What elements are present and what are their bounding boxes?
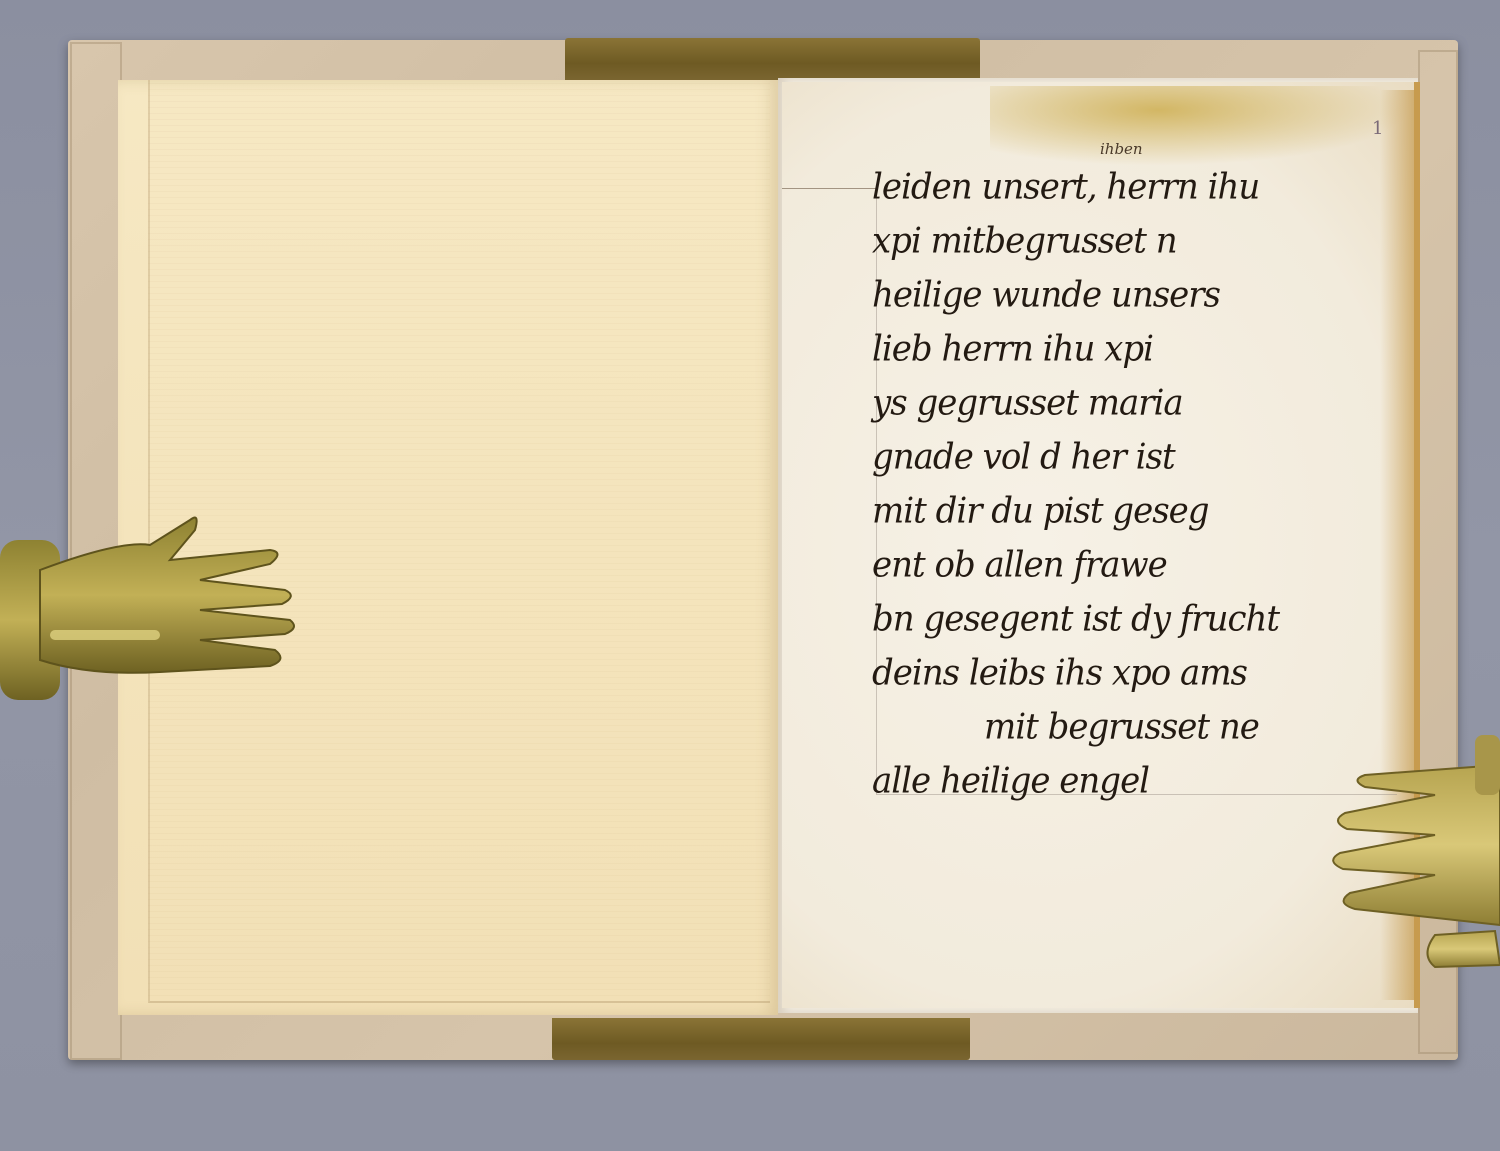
spine-strap-bottom [552, 1018, 970, 1060]
text-line: lieb herrn ihu xpi [872, 321, 1412, 378]
manuscript-text: leiden unsert, herrn ihu xpi mitbegrusse… [872, 160, 1412, 808]
text-line: gnade vol d her ist [872, 429, 1412, 486]
text-line: leiden unsert, herrn ihu [872, 159, 1412, 216]
left-hand-clamp-icon [0, 500, 300, 710]
spine-strap-top [565, 38, 980, 80]
text-line: mit dir du pist geseg [872, 483, 1412, 540]
text-line: ys gegrusset maria [872, 375, 1412, 432]
ruling-line [782, 188, 876, 189]
text-line: bn gesegent ist dy frucht [872, 591, 1412, 648]
right-hand-clamp-icon [1325, 735, 1500, 985]
water-stain [990, 86, 1410, 166]
text-line: heilige wunde unsers [872, 267, 1412, 324]
folio-number: 1 [1372, 118, 1383, 139]
text-line: deins leibs ihs xpo ams [872, 645, 1412, 702]
text-line: ent ob allen frawe [872, 537, 1412, 594]
interlinear-gloss: ihben [1100, 140, 1143, 158]
text-line: xpi mitbegrusset n [872, 213, 1412, 270]
